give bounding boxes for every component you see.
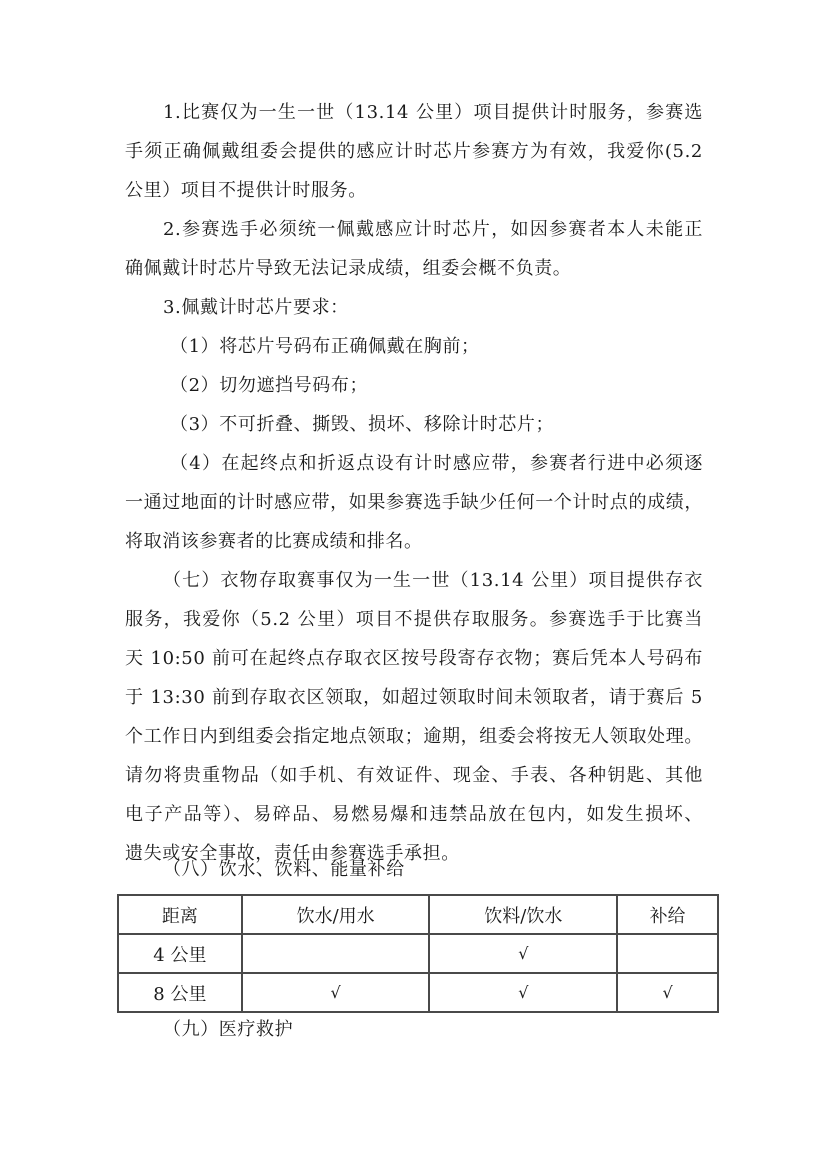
paragraph-3-heading: 3.佩戴计时芯片要求：	[163, 294, 703, 322]
header-distance: 距离	[118, 895, 242, 934]
section-7-line-5: 个工作日内到组委会指定地点领取；逾期，组委会将按无人领取处理。	[125, 723, 703, 751]
cell-drink: √	[429, 973, 617, 1012]
cell-water	[242, 934, 430, 973]
cell-supply: √	[617, 973, 718, 1012]
cell-supply	[617, 934, 718, 973]
section-7-line-6: 请勿将贵重物品（如手机、有效证件、现金、手表、各种钥匙、其他	[125, 762, 703, 790]
header-water: 饮水/用水	[242, 895, 430, 934]
section-7-line-2: 服务，我爱你（5.2 公里）项目不提供存取服务。参赛选手于比赛当	[125, 606, 703, 634]
section-7-line-3: 天 10:50 前可在起终点存取衣区按号段寄存衣物；赛后凭本人号码布	[125, 645, 703, 673]
table-row: 8 公里 √ √ √	[118, 973, 718, 1012]
section-8-heading: （八）饮水、饮料、能量补给	[163, 856, 703, 884]
paragraph-2-line-1: 2.参赛选手必须统一佩戴感应计时芯片，如因参赛者本人未能正	[163, 216, 703, 244]
cell-drink: √	[429, 934, 617, 973]
paragraph-1-line-1: 1.比赛仅为一生一世（13.14 公里）项目提供计时服务，参赛选	[163, 99, 703, 127]
header-drink: 饮料/饮水	[429, 895, 617, 934]
requirement-3: （3）不可折叠、撕毁、损坏、移除计时芯片；	[170, 411, 710, 439]
paragraph-2-line-2: 确佩戴计时芯片导致无法记录成绩，组委会概不负责。	[125, 255, 703, 283]
section-7-line-4: 于 13:30 前到存取衣区领取，如超过领取时间未领取者，请于赛后 5	[125, 684, 703, 712]
supply-table: 距离 饮水/用水 饮料/饮水 补给 4 公里 √ 8 公里 √ √ √	[117, 894, 719, 1013]
requirement-2: （2）切勿遮挡号码布；	[170, 372, 710, 400]
table-header-row: 距离 饮水/用水 饮料/饮水 补给	[118, 895, 718, 934]
section-9-heading: （九）医疗救护	[163, 1016, 703, 1044]
table-row: 4 公里 √	[118, 934, 718, 973]
cell-distance: 4 公里	[118, 934, 242, 973]
document-page: 1.比赛仅为一生一世（13.14 公里）项目提供计时服务，参赛选 手须正确佩戴组…	[0, 0, 827, 1170]
cell-water: √	[242, 973, 430, 1012]
paragraph-1-line-2: 手须正确佩戴组委会提供的感应计时芯片参赛方为有效，我爱你(5.2	[125, 138, 703, 166]
requirement-4-line-1: （4）在起终点和折返点设有计时感应带，参赛者行进中必须逐	[170, 450, 703, 478]
cell-distance: 8 公里	[118, 973, 242, 1012]
paragraph-1-line-3: 公里）项目不提供计时服务。	[125, 177, 703, 205]
header-supply: 补给	[617, 895, 718, 934]
section-7-line-1: （七）衣物存取赛事仅为一生一世（13.14 公里）项目提供存衣	[163, 567, 703, 595]
requirement-4-line-2: 一通过地面的计时感应带，如果参赛选手缺少任何一个计时点的成绩，	[125, 489, 703, 517]
section-7-line-7: 电子产品等）、易碎品、易燃易爆和违禁品放在包内，如发生损坏、	[125, 801, 703, 829]
requirement-1: （1）将芯片号码布正确佩戴在胸前；	[170, 333, 710, 361]
requirement-4-line-3: 将取消该参赛者的比赛成绩和排名。	[125, 528, 703, 556]
